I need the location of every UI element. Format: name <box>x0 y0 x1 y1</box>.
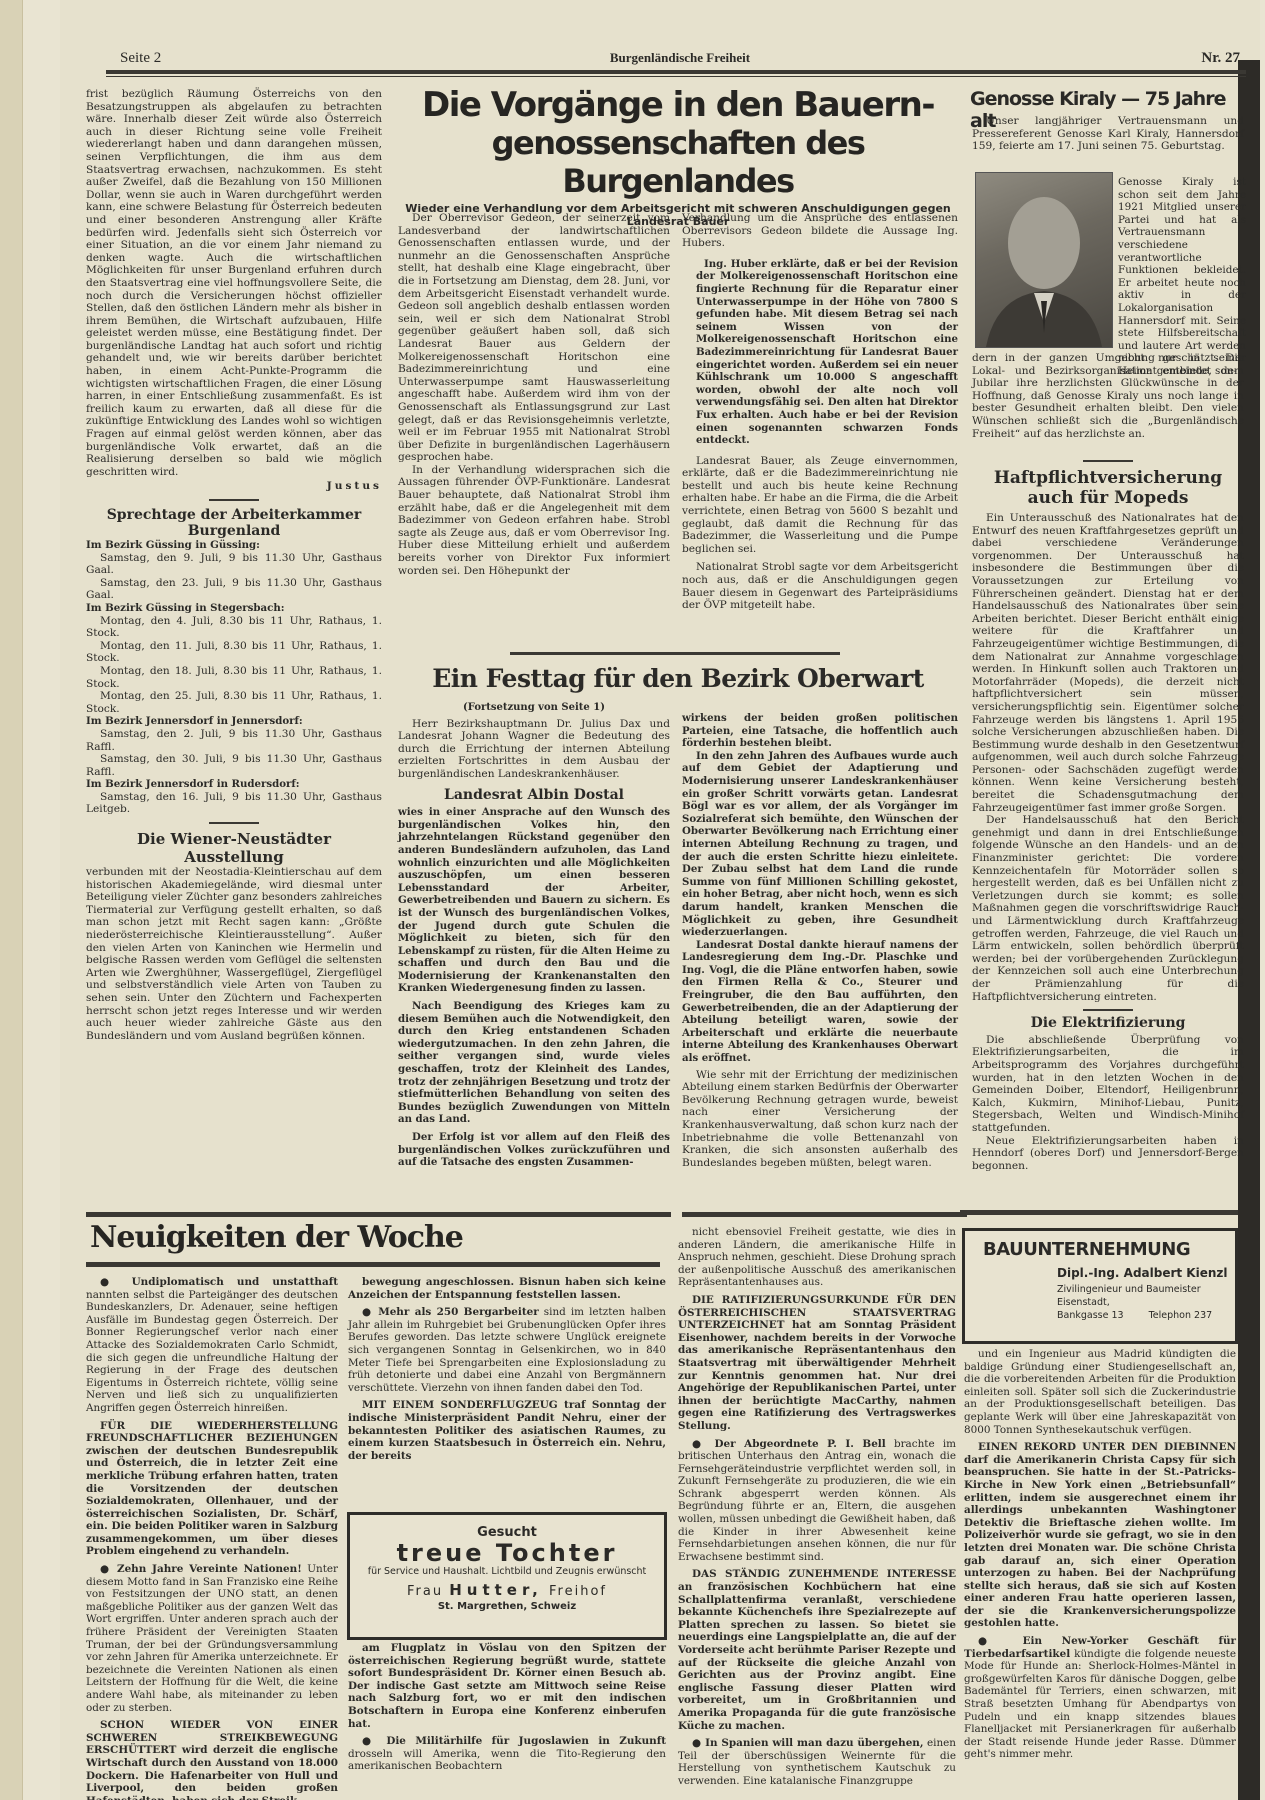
section-rule <box>960 1210 1238 1215</box>
author-signature: Justus <box>86 480 382 493</box>
ad-bau-address: Bankgasse 13 Telephon 237 <box>1057 1310 1235 1321</box>
haftpflicht-title-line1: Haftpflichtversicherung <box>972 468 1244 488</box>
kiraly-bottom: dern in der ganzen Umgebung geschätzt. D… <box>972 352 1244 440</box>
ad-tochter-name: Hutter, <box>449 1581 543 1599</box>
news-item-lead: DAS STÄNDIG ZUNEHMENDE INTERESSE <box>692 1568 956 1580</box>
neuigkeiten-rule <box>86 1262 660 1267</box>
separator <box>209 822 259 824</box>
ad-treue-tochter: Gesucht treue Tochter für Service und Ha… <box>347 1512 667 1640</box>
news-item-lead: ● Zehn Jahre Vereinte Nationen! <box>100 1563 302 1575</box>
news-item-lead: EINEN REKORD UNTER DEN DIEBINNEN <box>978 1441 1236 1453</box>
elektrifizierung-paragraph: Neue Elektrifizierungsarbeiten haben in … <box>972 1135 1244 1173</box>
news-column-2-top: bewegung angeschlossen. Bisnun haben sic… <box>348 1276 666 1462</box>
news-item: am Flugplatz in Vöslau von den Spitzen d… <box>348 1642 666 1730</box>
page-binding-edge <box>0 0 23 1800</box>
festtag-left-column: (Fortsetzung von Seite 1) Herr Bezirksha… <box>398 702 670 1169</box>
haftpflicht-paragraph: Der Handelsausschuß hat den Bericht gene… <box>972 814 1244 1003</box>
elektrifizierung-title: Die Elektrifizierung <box>972 1017 1244 1030</box>
festtag-subhead: Landesrat Albin Dostal <box>398 789 670 802</box>
news-item: FÜR DIE WIEDERHERSTELLUNG FREUNDSCHAFTLI… <box>86 1420 338 1559</box>
news-item: DAS STÄNDIG ZUNEHMENDE INTERESSE an fran… <box>678 1568 956 1732</box>
festtag-paragraph: Wie sehr mit der Errichtung der medizini… <box>682 1069 958 1170</box>
sprechtage-entry: Samstag, den 9. Juli, 9 bis 11.30 Uhr, G… <box>86 552 382 577</box>
bauern-right-column: Verhandlung um die Ansprüche des entlass… <box>682 212 958 612</box>
elektrifizierung-paragraph: Die abschließende Überprüfung von Elektr… <box>972 1034 1244 1135</box>
news-item: bewegung angeschlossen. Bisnun haben sic… <box>348 1276 666 1301</box>
haftpflicht-article: Haftpflichtversicherung auch für Mopeds … <box>972 454 1244 1172</box>
news-item-lead: MIT EINEM SONDERFLUGZEUG <box>362 1399 558 1411</box>
sprechtage-entry: Montag, den 25. Juli, 8.30 bis 11 Uhr, R… <box>86 690 382 715</box>
page-header: Seite 2 Burgenländische Freiheit Nr. 27 <box>120 46 1240 70</box>
news-column-2-bottom: am Flugplatz in Vöslau von den Spitzen d… <box>348 1642 666 1773</box>
portrait-icon <box>976 173 1112 347</box>
ad-bau-city: Eisenstadt, <box>1057 1297 1235 1308</box>
news-item-lead: ● Undiplomatisch und unstatthaft <box>100 1276 338 1288</box>
bauern-right-intro: Verhandlung um die Ansprüche des entlass… <box>682 212 958 250</box>
bauern-paragraph: Der Oberrevisor Gedeon, der seinerzeit v… <box>398 212 670 464</box>
news-item-text: und ein Ingenieur aus Madrid kündigten d… <box>964 1348 1236 1436</box>
news-item: nicht ebensoviel Freiheit gestatte, wie … <box>678 1226 956 1289</box>
bauern-huber-statement: Ing. Huber erklärte, daß er bei der Revi… <box>696 258 958 447</box>
separator <box>209 499 259 501</box>
ad-bau-name: Dipl.-Ing. Adalbert Kienzl <box>1057 1266 1235 1280</box>
news-item-lead: ● Mehr als 250 Bergarbeiter <box>362 1306 539 1318</box>
ad-bau-street: Bankgasse 13 <box>1057 1310 1124 1321</box>
news-item-text: nicht ebensoviel Freiheit gestatte, wie … <box>678 1226 956 1288</box>
festtag-headline: Ein Festtag für den Bezirk Oberwart <box>398 664 958 693</box>
sprechtage-district: Im Bezirk Jennersdorf in Jennersdorf: <box>86 715 382 728</box>
ad-bauunternehmung: BAUUNTERNEHMUNG Dipl.-Ing. Adalbert Kien… <box>962 1228 1238 1344</box>
separator <box>1083 460 1133 462</box>
section-rule <box>86 1212 671 1217</box>
bauern-paragraph: In der Verhandlung widersprachen sich di… <box>398 464 670 577</box>
bauern-headline-line1: Die Vorgänge in den Bauern- <box>398 86 958 124</box>
ad-tochter-line5: St. Margrethen, Schweiz <box>350 1601 664 1612</box>
ad-tochter-line4: Frau Hutter, Freihof <box>350 1581 664 1599</box>
news-item-text: drosseln will Amerika, wenn die Tito-Reg… <box>348 1748 666 1773</box>
news-column-3: nicht ebensoviel Freiheit gestatte, wie … <box>678 1226 956 1788</box>
ad-bau-profession: Zivilingenieur und Baumeister <box>1057 1284 1235 1295</box>
sprechtage-district: Im Bezirk Güssing in Güssing: <box>86 539 382 552</box>
sprechtage-district: Im Bezirk Jennersdorf in Rudersdorf: <box>86 778 382 791</box>
separator <box>1083 1009 1133 1011</box>
festtag-intro: Herr Bezirkshauptmann Dr. Julius Dax und… <box>398 718 670 781</box>
news-item-text: hat am Sonntag Präsident Eisenhower, nac… <box>678 1319 956 1432</box>
news-item-text: kündigte die folgende neueste Mode für H… <box>964 1648 1236 1761</box>
bauern-headline-block: Die Vorgänge in den Bauern- genossenscha… <box>398 86 958 228</box>
news-item-lead: ● Der Abgeordnete P. I. Bell <box>692 1438 886 1450</box>
news-item-text: sind im letzten halben Jahr allein im Ru… <box>348 1306 666 1394</box>
ad-bau-title: BAUUNTERNEHMUNG <box>983 1239 1235 1260</box>
kiraly-side-column: Genosse Kiraly ist schon seit dem Jahre … <box>1118 176 1246 378</box>
kiraly-portrait-photo <box>975 172 1113 348</box>
news-item: und ein Ingenieur aus Madrid kündigten d… <box>964 1348 1236 1436</box>
festtag-bold-paragraph: wirkens der beiden großen politischen Pa… <box>682 712 958 750</box>
news-column-4: und ein Ingenieur aus Madrid kündigten d… <box>964 1348 1236 1761</box>
news-item: ● Die Militärhilfe für Jugoslawien in Zu… <box>348 1735 666 1773</box>
sprechtage-list: Im Bezirk Güssing in Güssing:Samstag, de… <box>86 539 382 816</box>
festtag-bold-paragraph: Nach Beendigung des Krieges kam zu diese… <box>398 1000 670 1126</box>
bauern-paragraph: Landesrat Bauer, als Zeuge einvernommen,… <box>682 455 958 556</box>
bauern-left-column: Der Oberrevisor Gedeon, der seinerzeit v… <box>398 212 670 577</box>
neuigkeiten-title: Neuigkeiten der Woche <box>90 1220 670 1255</box>
festtag-bold-paragraph: Landesrat Dostal dankte hierauf namens d… <box>682 939 958 1065</box>
ausstellung-text: verbunden mit der Neostadia-Kleintiersch… <box>86 866 382 1042</box>
ad-tochter-prefix: Frau <box>407 1584 443 1599</box>
news-item-text: darf die Amerikanerin Christa Capsy für … <box>964 1454 1236 1630</box>
news-item: ● Ein New-Yorker Geschäft für Tierbedarf… <box>964 1635 1236 1761</box>
news-item-text: bewegung angeschlossen. Bisnun haben sic… <box>348 1276 666 1301</box>
sprechtage-title: Sprechtage der Arbeiterkammer Burgenland <box>86 507 382 539</box>
news-item-lead: FÜR DIE WIEDERHERSTELLUNG FREUNDSCHAFTLI… <box>86 1420 338 1445</box>
section-rule <box>682 1212 967 1217</box>
header-rule <box>106 70 1246 74</box>
news-item-text: an französischen Kochbüchern hat eine Sc… <box>678 1581 956 1732</box>
festtag-bold-paragraph: Der Erfolg ist vor allem auf den Fleiß d… <box>398 1131 670 1169</box>
news-item-lead: ● In Spanien will man dazu übergehen, <box>692 1737 923 1749</box>
column-1: frist bezüglich Räumung Österreichs von … <box>86 88 382 1042</box>
news-item-text: zwischen der deutschen Bundesrepublik un… <box>86 1445 338 1558</box>
ad-tochter-line1: Gesucht <box>350 1525 664 1540</box>
sprechtage-entry: Samstag, den 23. Juli, 9 bis 11.30 Uhr, … <box>86 577 382 602</box>
news-item-text: am Flugplatz in Vöslau von den Spitzen d… <box>348 1642 666 1730</box>
intro-article-text: frist bezüglich Räumung Österreichs von … <box>86 88 382 478</box>
news-item-text: nannten selbst die Parteigänger des deut… <box>86 1289 338 1414</box>
newspaper-title: Burgenländische Freiheit <box>120 50 1240 66</box>
festtag-bold-paragraph: In den zehn Jahren des Aufbaues wurde au… <box>682 750 958 939</box>
sprechtage-entry: Samstag, den 2. Juli, 9 bis 11.30 Uhr, G… <box>86 728 382 753</box>
festtag-right-column: wirkens der beiden großen politischen Pa… <box>682 712 958 1169</box>
issue-number: Nr. 27 <box>1201 50 1240 67</box>
bauern-headline-line2: genossenschaften des Burgenlandes <box>398 124 958 200</box>
news-item: DIE RATIFIZIERUNGSURKUNDE FÜR DEN ÖSTERR… <box>678 1294 956 1433</box>
sprechtage-entry: Montag, den 18. Juli, 8.30 bis 11 Uhr, R… <box>86 665 382 690</box>
kiraly-text-top: Unser langjähriger Vertrauensmann und Pr… <box>972 115 1244 153</box>
sprechtage-entry: Samstag, den 30. Juli, 9 bis 11.30 Uhr, … <box>86 753 382 778</box>
kiraly-article: Unser langjähriger Vertrauensmann und Pr… <box>972 115 1244 153</box>
ad-tochter-line2: treue Tochter <box>350 1540 664 1566</box>
news-item: ● In Spanien will man dazu übergehen, ei… <box>678 1737 956 1787</box>
news-item: ● Zehn Jahre Vereinte Nationen! Unter di… <box>86 1563 338 1714</box>
news-item: SCHON WIEDER VON EINER SCHWEREN STREIKBE… <box>86 1719 338 1800</box>
news-item: MIT EINEM SONDERFLUGZEUG traf Sonntag de… <box>348 1399 666 1462</box>
festtag-rule <box>510 652 840 655</box>
sprechtage-entry: Montag, den 4. Juli, 8.30 bis 11 Uhr, Ra… <box>86 615 382 640</box>
news-item-lead: ● Die Militärhilfe für Jugoslawien in Zu… <box>362 1735 666 1747</box>
ad-tochter-line3: für Service und Haushalt. Lichtbild und … <box>350 1566 664 1578</box>
news-item-text: Unter diesem Motto fand in San Franzisko… <box>86 1563 338 1714</box>
news-column-1: ● Undiplomatisch und unstatthaft nannten… <box>86 1276 338 1800</box>
kiraly-text-side: Genosse Kiraly ist schon seit dem Jahre … <box>1118 176 1246 378</box>
festtag-continuation: (Fortsetzung von Seite 1) <box>398 702 670 715</box>
haftpflicht-paragraph: Ein Unterausschuß des Nationalrates hat … <box>972 512 1244 814</box>
news-item-text: brachte im britischen Unterhaus den Antr… <box>678 1438 956 1563</box>
ad-tochter-suffix: Freihof <box>549 1584 607 1599</box>
news-item: ● Der Abgeordnete P. I. Bell brachte im … <box>678 1438 956 1564</box>
haftpflicht-title-line2: auch für Mopeds <box>972 488 1244 508</box>
bauern-paragraph: Nationalrat Strobl sagte vor dem Arbeits… <box>682 561 958 611</box>
ad-bau-phone: Telephon 237 <box>1149 1310 1213 1321</box>
sprechtage-entry: Montag, den 11. Juli, 8.30 bis 11 Uhr, R… <box>86 640 382 665</box>
news-item: ● Undiplomatisch und unstatthaft nannten… <box>86 1276 338 1415</box>
sprechtage-entry: Samstag, den 16. Juli, 9 bis 11.30 Uhr, … <box>86 791 382 816</box>
news-item: EINEN REKORD UNTER DEN DIEBINNEN darf di… <box>964 1441 1236 1630</box>
header-rule-thin <box>106 76 1246 77</box>
ausstellung-title: Die Wiener-Neustädter Ausstellung <box>86 830 382 866</box>
festtag-bold-paragraph: wies in einer Ansprache auf den Wunsch d… <box>398 806 670 995</box>
sprechtage-district: Im Bezirk Güssing in Stegersbach: <box>86 602 382 615</box>
kiraly-text-bottom: dern in der ganzen Umgebung geschätzt. D… <box>972 352 1244 440</box>
news-item: ● Mehr als 250 Bergarbeiter sind im letz… <box>348 1306 666 1394</box>
